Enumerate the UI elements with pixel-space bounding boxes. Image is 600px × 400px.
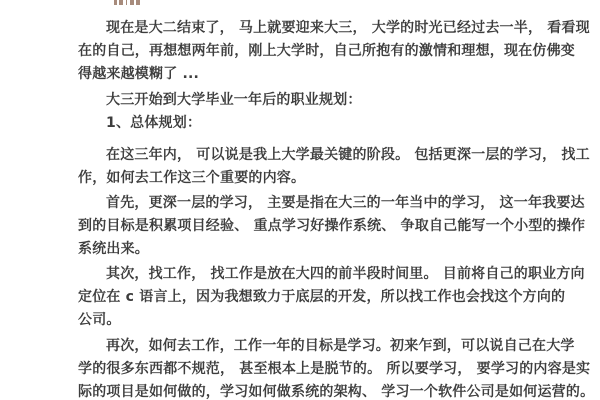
- text-line: 得越来越模糊了 ...: [78, 63, 524, 86]
- text-line: 学的很多东西都不规范， 甚至根本上是脱节的。 所以要学习， 要学习的内容是实: [78, 358, 524, 381]
- text-line: 在的自己，再想想两年前，刚上大学时，自己所抱有的激情和理想，现在仿佛变: [78, 40, 524, 63]
- text-line: 在这三年内， 可以说是我上大学最关键的阶段。 包括更深一层的学习， 找工: [78, 144, 524, 167]
- text-line: 大三开始到大学毕业一年后的职业规划：: [78, 89, 524, 112]
- text-line: 系统出来。: [78, 238, 524, 261]
- text-line: 首先，更深一层的学习， 主要是指在大三的一年当中的学习， 这一年我要达: [78, 192, 524, 215]
- text-line: 1、总体规划：: [78, 112, 524, 135]
- document-body: 现在是大二结束了， 马上就要迎来大三， 大学的时光已经过去一半， 看看现在的自己…: [78, 17, 524, 400]
- text-line: 际的项目是如何做的，学习如何做系统的架构、 学习一个软件公司是如何运营的。: [78, 381, 524, 400]
- text-line: 公司。: [78, 309, 524, 332]
- text-line: 作，如何去工作这三个重要的内容。: [78, 167, 524, 190]
- text-line: 再次，如何去工作，工作一年的目标是学习。初来乍到，可以说自己在大学: [78, 335, 524, 358]
- text-line: 定位在 c 语言上，因为我想致力于底层的开发，所以找工作也会找这个方向的: [78, 286, 524, 309]
- document-page: 现在是大二结束了， 马上就要迎来大三， 大学的时光已经过去一半， 看看现在的自己…: [0, 0, 600, 400]
- text-line: 到的目标是积累项目经验、 重点学习好操作系统、 争取自己能写一个小型的操作: [78, 215, 524, 238]
- clipped-text-fragment: [114, 0, 144, 5]
- text-line: 其次，找工作， 找工作是放在大四的前半段时间里。 目前将自己的职业方向: [78, 263, 524, 286]
- text-line: 现在是大二结束了， 马上就要迎来大三， 大学的时光已经过去一半， 看看现: [78, 17, 524, 40]
